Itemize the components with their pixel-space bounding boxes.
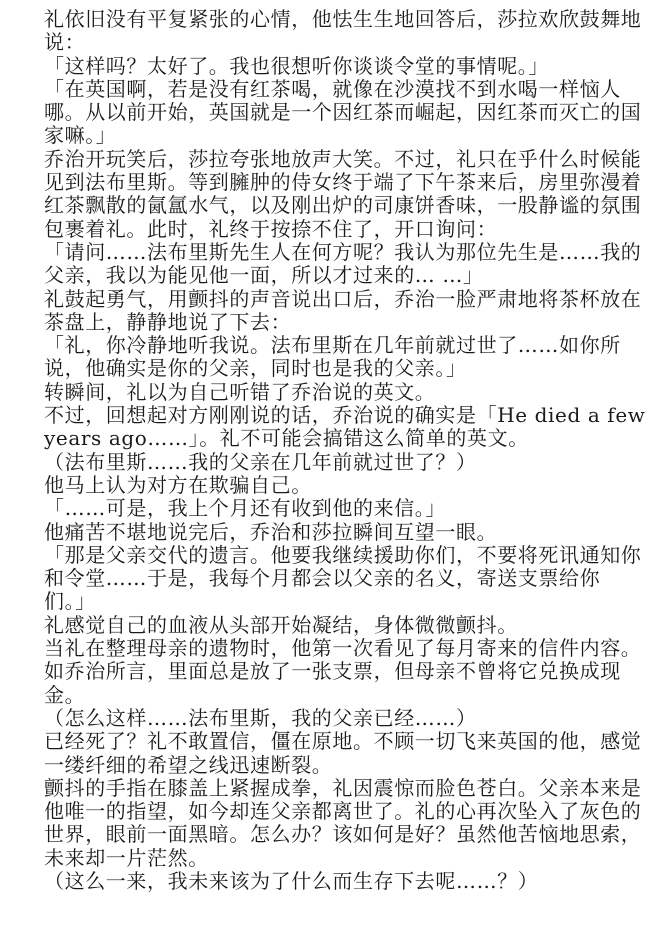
text-line: 家嘛。」 [44,124,644,147]
text-line: 他唯一的指望，如今却连父亲都离世了。礼的心再次坠入了灰色的 [44,800,644,823]
text-line: （怎么这样……法布里斯，我的父亲已经……） [44,707,644,730]
text-line: 乔治开玩笑后，莎拉夸张地放声大笑。不过，礼只在乎什么时候能 [44,148,644,171]
text-line: 和令堂……于是，我每个月都会以父亲的名义，寄送支票给你 [44,567,644,590]
text-line: （这么一来，我未来该为了什么而生存下去呢……？） [44,870,644,893]
text-line: 「……可是，我上个月还有收到他的来信。」 [44,497,644,520]
text-line: years ago……」。礼不可能会搞错这么简单的英文。 [44,427,644,450]
text-line: 不过，回想起对方刚刚说的话，乔治说的确实是「He died a few [44,404,644,427]
text-line: 金。 [44,684,644,707]
text-line: 们。」 [44,590,644,613]
text-line: 「这样吗？太好了。我也很想听你谈谈令堂的事情呢。」 [44,55,644,78]
text-line: 礼感觉自己的血液从头部开始凝结，身体微微颤抖。 [44,614,644,637]
text-line: 哪。从以前开始，英国就是一个因红茶而崛起，因红茶而灭亡的国 [44,101,644,124]
text-line: 未来却一片茫然。 [44,847,644,870]
text-line: 说，他确实是你的父亲，同时也是我的父亲。」 [44,357,644,380]
text-line: 颤抖的手指在膝盖上紧握成拳，礼因震惊而脸色苍白。父亲本来是 [44,777,644,800]
text-line: 他马上认为对方在欺骗自己。 [44,474,644,497]
text-line: 「在英国啊，若是没有红茶喝，就像在沙漠找不到水喝一样恼人 [44,78,644,101]
document-page: 礼依旧没有平复紧张的心情，他怯生生地回答后，莎拉欢欣鼓舞地 说： 「这样吗？太好… [44,8,644,893]
text-line: 他痛苦不堪地说完后，乔治和莎拉瞬间互望一眼。 [44,521,644,544]
text-line: 已经死了？礼不敢置信，僵在原地。不顾一切飞来英国的他，感觉 [44,730,644,753]
text-line: 说： [44,31,644,54]
text-line: 一缕纤细的希望之线迅速断裂。 [44,754,644,777]
text-line: 世界，眼前一面黑暗。怎么办？该如何是好？虽然他苦恼地思索， [44,823,644,846]
text-line: 父亲，我以为能见他一面，所以才过来的… …」 [44,264,644,287]
text-line: 当礼在整理母亲的遗物时，他第一次看见了每月寄来的信件内容。 [44,637,644,660]
text-line: 茶盘上，静静地说了下去： [44,311,644,334]
text-line: 「请问……法布里斯先生人在何方呢？我认为那位先生是……我的 [44,241,644,264]
text-line: 礼鼓起勇气，用颤抖的声音说出口后，乔治一脸严肃地将茶杯放在 [44,288,644,311]
text-line: 「那是父亲交代的遗言。他要我继续援助你们，不要将死讯通知你 [44,544,644,567]
text-line: 礼依旧没有平复紧张的心情，他怯生生地回答后，莎拉欢欣鼓舞地 [44,8,644,31]
text-line: 见到法布里斯。等到臃肿的侍女终于端了下午茶来后，房里弥漫着 [44,171,644,194]
text-line: 转瞬间，礼以为自己听错了乔治说的英文。 [44,381,644,404]
text-line: （法布里斯……我的父亲在几年前就过世了？） [44,451,644,474]
text-line: 「礼，你冷静地听我说。法布里斯在几年前就过世了……如你所 [44,334,644,357]
text-line: 红茶飘散的氤氲水气，以及刚出炉的司康饼香味，一股静谧的氛围 [44,194,644,217]
text-line: 包裹着礼。此时，礼终于按捺不住了，开口询问： [44,218,644,241]
text-line: 如乔治所言，里面总是放了一张支票，但母亲不曾将它兑换成现 [44,660,644,683]
